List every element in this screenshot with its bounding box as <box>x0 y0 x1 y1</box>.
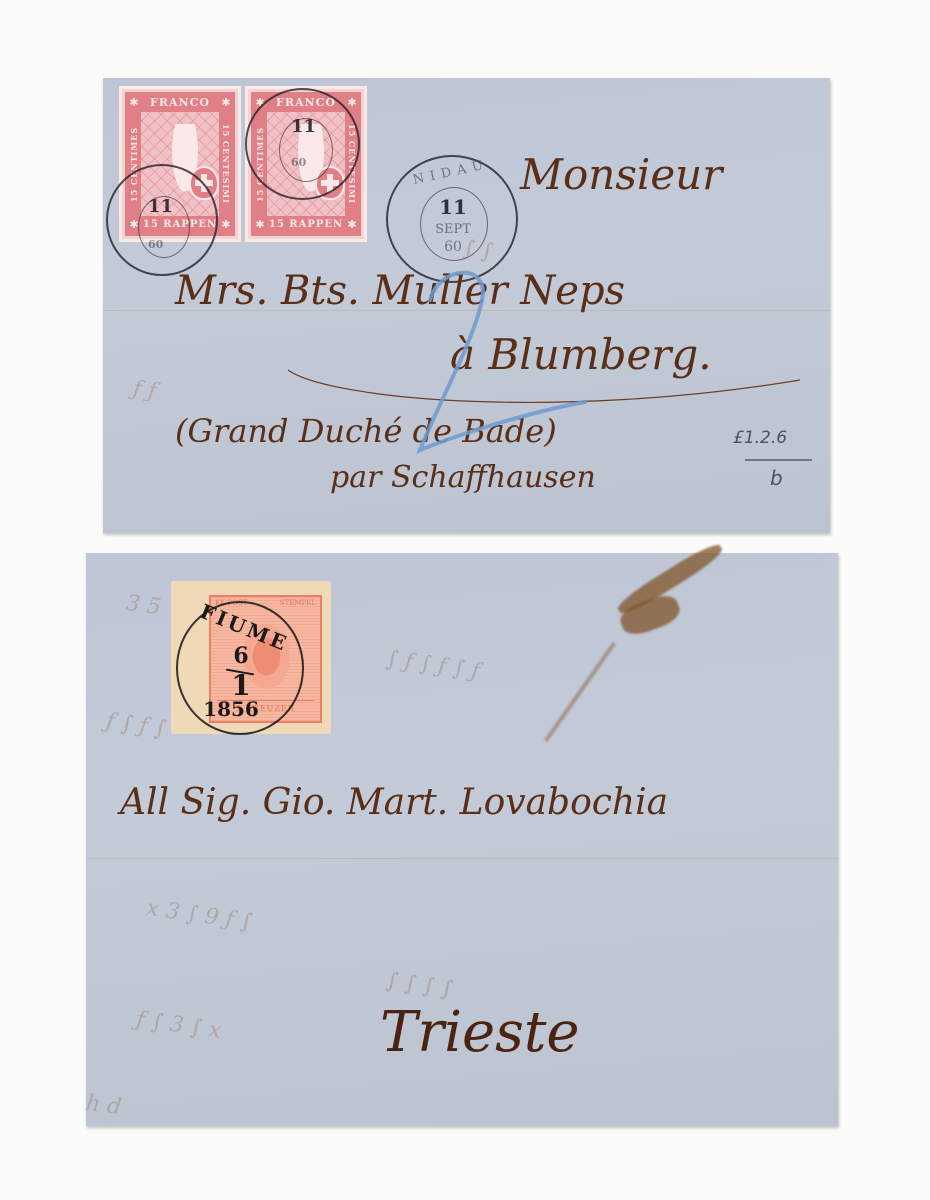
blue-crayon-mark <box>420 273 585 450</box>
address-line-addressee: All Sig. Gio. Mart. Lovabochia <box>120 782 668 823</box>
postmark-fiume: FIUME 6 1 1856 <box>176 601 304 735</box>
pencil-initials: b <box>770 466 783 490</box>
address-line-town: Trieste <box>380 1000 580 1065</box>
pencil-price: £1.2.6 <box>733 428 787 448</box>
